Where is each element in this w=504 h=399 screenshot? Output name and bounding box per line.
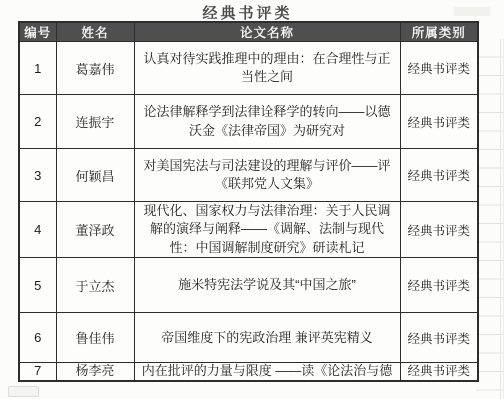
cell-paper: 现代化、国家权力与法律治理：关于人民调解的演绎与阐释——《调解、法制与现代性：中… (134, 202, 400, 258)
cell-category: 经典书评类 (400, 95, 478, 149)
spreadsheet-gridline-vertical (500, 39, 501, 399)
cell-category: 经典书评类 (400, 202, 478, 258)
cell-name: 鲁佳伟 (56, 313, 134, 363)
header-row: 编号 姓名 论文名称 所属类别 (19, 22, 478, 42)
cell-paper: 对美国宪法与司法建设的理解与评价——评《联邦党人文集》 (134, 149, 400, 202)
cell-category: 经典书评类 (400, 42, 478, 95)
cell-paper: 施米特宪法学说及其“中国之旅” (134, 258, 400, 313)
cell-category: 经典书评类 (400, 149, 478, 202)
cell-no: 1 (19, 42, 56, 95)
table-row: 1 葛嘉伟 认真对待实践推理中的理由：在合理性与正当性之间 经典书评类 (19, 42, 478, 95)
header-category: 所属类别 (400, 22, 478, 42)
spreadsheet-cell-fragment (8, 386, 39, 397)
page-title: 经典书评类 (18, 2, 477, 23)
cell-name: 连振宇 (56, 95, 134, 149)
cell-no: 2 (19, 95, 56, 149)
header-paper: 论文名称 (134, 22, 400, 42)
cell-name: 杨李亮 (56, 363, 134, 381)
cell-name: 于立杰 (56, 258, 134, 313)
review-table: 编号 姓名 论文名称 所属类别 1 葛嘉伟 认真对待实践推理中的理由：在合理性与… (18, 21, 479, 382)
cell-category: 经典书评类 (400, 313, 478, 363)
cell-category: 经典书评类 (400, 363, 478, 381)
cell-no: 6 (19, 313, 56, 363)
table-row: 4 董泽政 现代化、国家权力与法律治理：关于人民调解的演绎与阐释——《调解、法制… (19, 202, 478, 258)
cell-paper: 论法律解释学到法律诠释学的转向——以德沃金《法律帝国》为研究对 (134, 95, 400, 149)
table-row: 5 于立杰 施米特宪法学说及其“中国之旅” 经典书评类 (19, 258, 478, 313)
table-row: 7 杨李亮 内在批评的力量与限度 ——读《论法治与德 经典书评类 (19, 363, 478, 381)
cell-name: 葛嘉伟 (56, 42, 134, 95)
cell-name: 何颖昌 (56, 149, 134, 202)
table-row: 6 鲁佳伟 帝国维度下的宪政治理 兼评英宪精义 经典书评类 (19, 313, 478, 363)
header-name: 姓名 (56, 22, 134, 42)
cell-name: 董泽政 (56, 202, 134, 258)
cell-paper: 帝国维度下的宪政治理 兼评英宪精义 (134, 313, 400, 363)
cell-no: 5 (19, 258, 56, 313)
cell-no: 4 (19, 202, 56, 258)
cell-paper: 认真对待实践推理中的理由：在合理性与正当性之间 (134, 42, 400, 95)
cell-category: 经典书评类 (400, 258, 478, 313)
table-row: 2 连振宇 论法律解释学到法律诠释学的转向——以德沃金《法律帝国》为研究对 经典… (19, 95, 478, 149)
cell-paper: 内在批评的力量与限度 ——读《论法治与德 (134, 363, 400, 381)
cell-no: 7 (19, 363, 56, 381)
header-no: 编号 (19, 22, 56, 42)
cell-no: 3 (19, 149, 56, 202)
table-row: 3 何颖昌 对美国宪法与司法建设的理解与评价——评《联邦党人文集》 经典书评类 (19, 149, 478, 202)
